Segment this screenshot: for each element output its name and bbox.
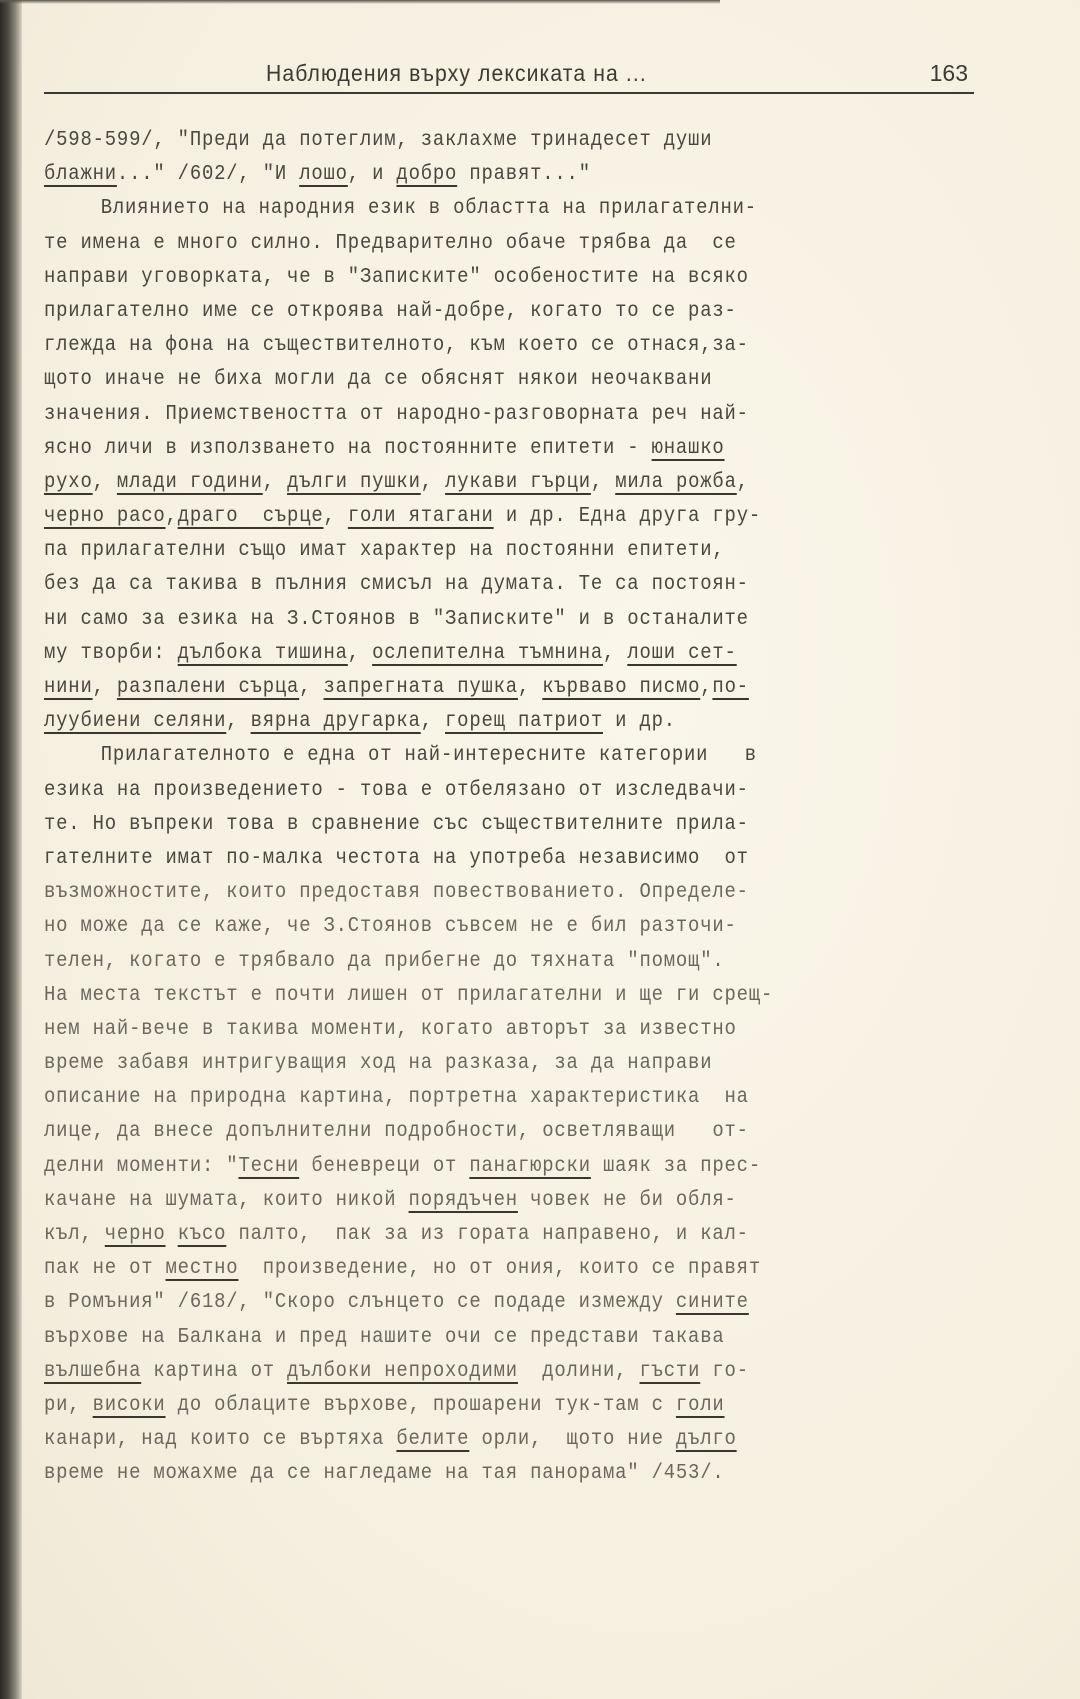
running-title: Наблюдения върху лексиката на ...: [266, 60, 647, 87]
text-line: На места текстът е почти лишен от прилаг…: [44, 979, 908, 1013]
text-line: гателните имат по-малка честота на употр…: [44, 842, 908, 876]
text-segment: орли, щото ние: [469, 1428, 676, 1451]
text-segment: но може да се каже, че З.Стоянов съвсем …: [44, 915, 737, 938]
underlined-phrase: млади години: [117, 471, 263, 494]
underlined-phrase: блажни: [44, 163, 117, 186]
underlined-phrase: луубиени селяни: [44, 710, 226, 733]
text-segment: нем най-вече в такива моменти, когато ав…: [44, 1018, 737, 1041]
text-line: черно расо,драго сърце, голи ятагани и д…: [44, 500, 908, 534]
underlined-phrase: рухо: [44, 471, 93, 494]
underlined-phrase: късо: [178, 1223, 227, 1246]
text-segment: прилагателно име се откроява най-добре, …: [44, 300, 737, 323]
text-segment: върхове на Балкана и пред нашите очи се …: [44, 1326, 725, 1349]
underlined-phrase: разпалени сърца: [117, 676, 299, 699]
underlined-phrase: вярна другарка: [251, 710, 421, 733]
text-segment: възможностите, които предоставя повество…: [44, 881, 749, 904]
text-line: време не можахме да се нагледаме на тая …: [44, 1457, 908, 1491]
text-line: му творби: дълбока тишина, ослепителна т…: [44, 637, 908, 671]
text-segment: ,: [226, 710, 250, 733]
underlined-phrase: панагюрски: [469, 1155, 591, 1178]
text-line: ри, високи до облаците върхове, прошарен…: [44, 1389, 908, 1423]
text-segment: описание на природна картина, портретна …: [44, 1086, 749, 1109]
text-line: прилагателно име се откроява най-добре, …: [44, 295, 908, 329]
text-segment: направи уговорката, че в "Записките" осо…: [44, 266, 749, 289]
underlined-phrase: местно: [166, 1257, 239, 1280]
text-segment: ,: [324, 505, 348, 528]
text-segment: [166, 1223, 178, 1246]
underlined-phrase: Тесни: [238, 1155, 299, 1178]
text-segment: шаяк за прес-: [591, 1155, 761, 1178]
text-segment: качане на шумата, които никой: [44, 1189, 409, 1212]
text-line: лице, да внесе допълнителни подробности,…: [44, 1115, 908, 1149]
text-segment: палто, пак за из гората направено, и кал…: [226, 1223, 749, 1246]
text-line: време забавя интригуващия ход на разказа…: [44, 1047, 908, 1081]
text-line: Прилагателното е една от най-интересните…: [44, 739, 908, 773]
underlined-phrase: дълбоки непроходими: [287, 1360, 518, 1383]
text-segment: глежда на фона на съществителното, към к…: [44, 334, 749, 357]
text-line: качане на шумата, които никой порядъчен …: [44, 1184, 908, 1218]
underlined-phrase: дълго: [676, 1428, 737, 1451]
text-line: канари, над които се въртяха белите орли…: [44, 1423, 908, 1457]
text-segment: без да са такива в пълния смисъл на дума…: [44, 573, 749, 596]
text-segment: ,: [348, 642, 372, 665]
text-segment: ,: [700, 676, 712, 699]
text-line: ни само за езика на З.Стоянов в "Записки…: [44, 603, 908, 637]
text-line: те имена е много силно. Предварително об…: [44, 227, 908, 261]
text-segment: и др.: [603, 710, 676, 733]
text-line: нем най-вече в такива моменти, когато ав…: [44, 1013, 908, 1047]
text-line: пак не от местно произведение, но от они…: [44, 1252, 908, 1286]
text-segment: ..." /602/, "И: [117, 163, 299, 186]
text-line: възможностите, които предоставя повество…: [44, 876, 908, 910]
text-line: рухо, млади години, дълги пушки, лукави …: [44, 466, 908, 500]
text-segment: щото иначе не биха могли да се обяснят н…: [44, 368, 712, 391]
text-segment: /598-599/, "Преди да потеглим, заклахме …: [44, 129, 712, 152]
text-segment: па прилагателни също имат характер на по…: [44, 539, 725, 562]
underlined-phrase: сините: [676, 1291, 749, 1314]
text-segment: , и: [348, 163, 397, 186]
text-line: езика на произведението - това е отбеляз…: [44, 774, 908, 808]
text-line: па прилагателни също имат характер на по…: [44, 534, 908, 568]
text-segment: ,: [93, 676, 117, 699]
text-segment: време забавя интригуващия ход на разказа…: [44, 1052, 712, 1075]
underlined-phrase: по-: [712, 676, 748, 699]
text-segment: те. Но въпреки това в сравнение със съще…: [44, 813, 749, 836]
text-segment: гателните имат по-малка честота на употр…: [44, 847, 749, 870]
text-segment: в Ромъния" /618/, "Скоро слънцето се под…: [44, 1291, 676, 1314]
text-line: в Ромъния" /618/, "Скоро слънцето се под…: [44, 1286, 908, 1320]
text-segment: ,: [421, 471, 445, 494]
text-line: върхове на Балкана и пред нашите очи се …: [44, 1321, 908, 1355]
underlined-phrase: голи: [676, 1394, 725, 1417]
underlined-phrase: лукави гърци: [445, 471, 591, 494]
text-segment: езика на произведението - това е отбеляз…: [44, 779, 749, 802]
text-segment: Влиянието на народния език в областта на…: [101, 197, 757, 220]
page-top-edge: [0, 0, 720, 4]
text-line: глежда на фона на съществителното, към к…: [44, 329, 908, 363]
text-line: без да са такива в пълния смисъл на дума…: [44, 568, 908, 602]
text-line: щото иначе не биха могли да се обяснят н…: [44, 363, 908, 397]
text-line: ясно личи в използването на постоянните …: [44, 432, 908, 466]
text-segment: ри,: [44, 1394, 93, 1417]
text-segment: Прилагателното е една от най-интересните…: [101, 744, 757, 767]
text-segment: и др. Една друга гру-: [494, 505, 761, 528]
text-segment: телен, когато е трябвало да прибегне до …: [44, 950, 725, 973]
text-segment: беневреци от: [299, 1155, 469, 1178]
underlined-phrase: голи ятагани: [348, 505, 494, 528]
text-line: луубиени селяни, вярна другарка, горещ п…: [44, 705, 908, 739]
text-line: блажни..." /602/, "И лошо, и добро правя…: [44, 158, 908, 192]
text-line: значения. Приемствеността от народно-раз…: [44, 398, 908, 432]
text-segment: ,: [166, 505, 178, 528]
underlined-phrase: порядъчен: [409, 1189, 518, 1212]
text-segment: го-: [700, 1360, 749, 1383]
text-segment: лице, да внесе допълнителни подробности,…: [44, 1120, 749, 1143]
text-line: Влиянието на народния език в областта на…: [44, 192, 908, 226]
text-segment: произведение, но от ония, които се правя…: [238, 1257, 761, 1280]
text-line: но може да се каже, че З.Стоянов съвсем …: [44, 910, 908, 944]
underlined-phrase: белите: [396, 1428, 469, 1451]
text-line: направи уговорката, че в "Записките" осо…: [44, 261, 908, 295]
underlined-phrase: лошо: [299, 163, 348, 186]
text-line: те. Но въпреки това в сравнение със съще…: [44, 808, 908, 842]
text-segment: ясно личи в използването на постоянните …: [44, 437, 652, 460]
text-segment: долини,: [518, 1360, 640, 1383]
text-line: къл, черно късо палто, пак за из гората …: [44, 1218, 908, 1252]
underlined-phrase: ослепителна тъмнина: [372, 642, 603, 665]
text-segment: На места текстът е почти лишен от прилаг…: [44, 984, 773, 1007]
text-segment: картина от: [141, 1360, 287, 1383]
underlined-phrase: добро: [396, 163, 457, 186]
underlined-phrase: запрегната пушка: [324, 676, 518, 699]
text-segment: ,: [299, 676, 323, 699]
text-segment: те имена е много силно. Предварително об…: [44, 232, 737, 255]
text-segment: ,: [263, 471, 287, 494]
text-line: описание на природна картина, портретна …: [44, 1081, 908, 1115]
underlined-phrase: горещ патриот: [445, 710, 603, 733]
underlined-phrase: вълшебна: [44, 1360, 141, 1383]
text-line: нини, разпалени сърца, запрегната пушка,…: [44, 671, 908, 705]
underlined-phrase: юнашко: [652, 437, 725, 460]
text-segment: ,: [603, 642, 627, 665]
text-line: телен, когато е трябвало да прибегне до …: [44, 945, 908, 979]
underlined-phrase: дълбока тишина: [178, 642, 348, 665]
text-segment: делни моменти: ": [44, 1155, 238, 1178]
underlined-phrase: драго сърце: [178, 505, 324, 528]
page-number: 163: [930, 60, 968, 87]
underlined-phrase: гъсти: [639, 1360, 700, 1383]
underlined-phrase: нини: [44, 676, 93, 699]
text-segment: до облаците върхове, прошарени тук-там с: [166, 1394, 676, 1417]
text-segment: пак не от: [44, 1257, 166, 1280]
body-text: /598-599/, "Преди да потеглим, заклахме …: [44, 124, 1004, 1492]
text-segment: значения. Приемствеността от народно-раз…: [44, 403, 749, 426]
text-segment: му творби:: [44, 642, 178, 665]
text-segment: ,: [591, 471, 615, 494]
underlined-phrase: черно: [105, 1223, 166, 1246]
text-segment: къл,: [44, 1223, 105, 1246]
underlined-phrase: високи: [93, 1394, 166, 1417]
text-segment: време не можахме да се нагледаме на тая …: [44, 1462, 725, 1485]
text-line: вълшебна картина от дълбоки непроходими …: [44, 1355, 908, 1389]
text-segment: правят...": [457, 163, 591, 186]
book-spine-shadow: [0, 0, 22, 1699]
underlined-phrase: лоши сет-: [627, 642, 736, 665]
text-segment: ,: [93, 471, 117, 494]
text-segment: ни само за езика на З.Стоянов в "Записки…: [44, 608, 749, 631]
underlined-phrase: мила рожба: [615, 471, 737, 494]
text-line: делни моменти: "Тесни беневреци от панаг…: [44, 1150, 908, 1184]
text-line: /598-599/, "Преди да потеглим, заклахме …: [44, 124, 908, 158]
running-header: Наблюдения върху лексиката на ... 163: [44, 58, 974, 94]
underlined-phrase: черно расо: [44, 505, 166, 528]
text-segment: канари, над които се въртяха: [44, 1428, 396, 1451]
text-segment: ,: [737, 471, 749, 494]
text-segment: ,: [421, 710, 445, 733]
text-segment: човек не би обля-: [518, 1189, 737, 1212]
underlined-phrase: кърваво писмо: [542, 676, 700, 699]
text-segment: ,: [518, 676, 542, 699]
underlined-phrase: дълги пушки: [287, 471, 421, 494]
